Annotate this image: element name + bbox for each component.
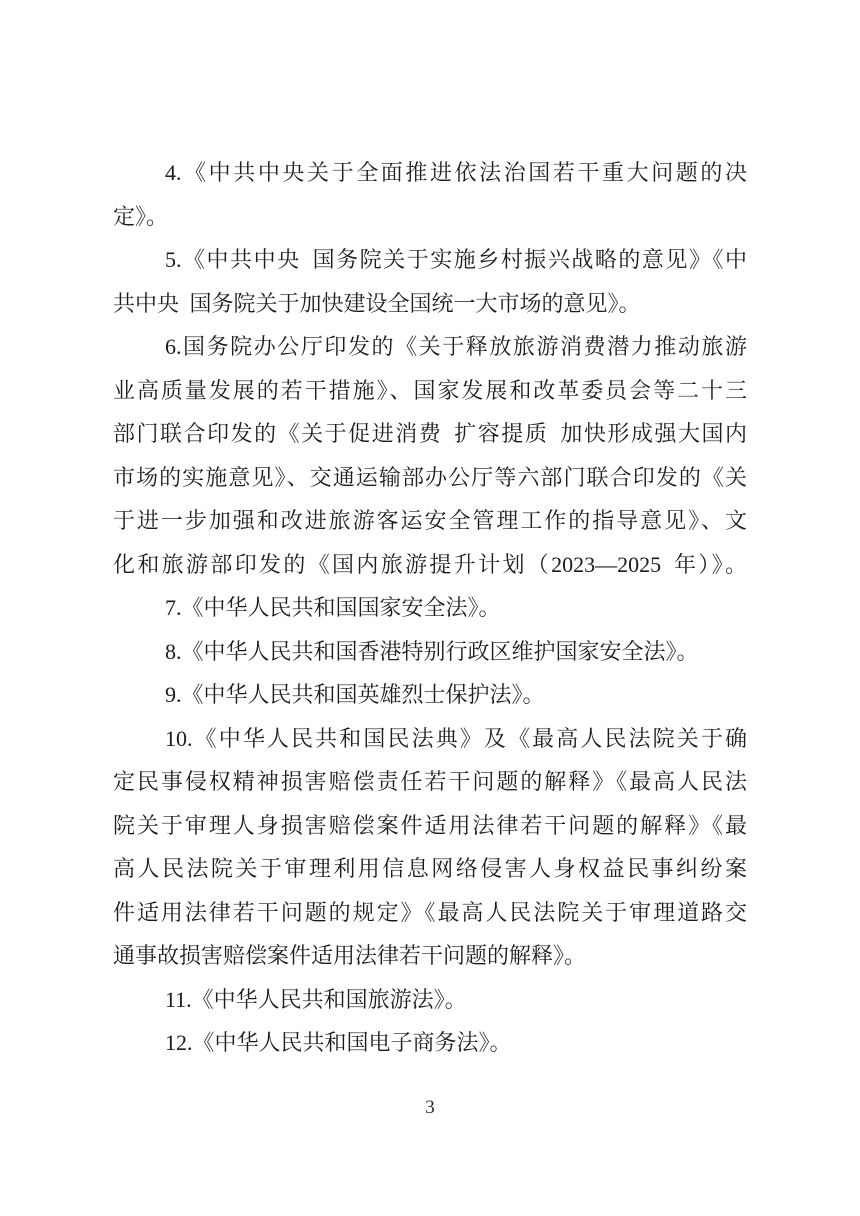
text-line: 于进一步加强和改进旅游客运安全管理工作的指导意见》、文 [113,499,747,543]
text-line: 业高质量发展的若干措施》、国家发展和改革委员会等二十三 [113,369,747,413]
text-line: 院关于审理人身损害赔偿案件适用法律若干问题的解释》《最 [113,804,747,848]
text-line: 4.《中共中央关于全面推进依法治国若干重大问题的决 [113,151,747,195]
document-body: 4.《中共中央关于全面推进依法治国若干重大问题的决定》。5.《中共中央 国务院关… [113,151,747,1065]
text-line: 通事故损害赔偿案件适用法律若干问题的解释》。 [113,934,747,978]
text-line: 12.《中华人民共和国电子商务法》。 [113,1021,747,1065]
list-item-4: 4.《中共中央关于全面推进依法治国若干重大问题的决定》。 [113,151,747,238]
list-item-9: 9.《中华人民共和国英雄烈士保护法》。 [113,673,747,717]
document-page: { "page": { "number": "3", "background_c… [0,0,860,1216]
list-item-7: 7.《中华人民共和国国家安全法》。 [113,586,747,630]
list-item-12: 12.《中华人民共和国电子商务法》。 [113,1021,747,1065]
text-line: 共中央 国务院关于加快建设全国统一大市场的意见》。 [113,282,747,326]
page-number: 3 [0,1097,860,1119]
text-line: 9.《中华人民共和国英雄烈士保护法》。 [113,673,747,717]
list-item-11: 11.《中华人民共和国旅游法》。 [113,978,747,1022]
text-line: 定》。 [113,195,747,239]
text-line: 定民事侵权精神损害赔偿责任若干问题的解释》《最高人民法 [113,760,747,804]
text-line: 化和旅游部印发的《国内旅游提升计划（2023—2025 年）》。 [113,543,747,587]
text-line: 市场的实施意见》、交通运输部办公厅等六部门联合印发的《关 [113,456,747,500]
list-item-5: 5.《中共中央 国务院关于实施乡村振兴战略的意见》《中共中央 国务院关于加快建设… [113,238,747,325]
page-canvas: 4.《中共中央关于全面推进依法治国若干重大问题的决定》。5.《中共中央 国务院关… [0,0,860,1216]
text-line: 高人民法院关于审理利用信息网络侵害人身权益民事纠纷案 [113,847,747,891]
list-item-10: 10.《中华人民共和国民法典》及《最高人民法院关于确定民事侵权精神损害赔偿责任若… [113,717,747,978]
text-line: 7.《中华人民共和国国家安全法》。 [113,586,747,630]
text-line: 5.《中共中央 国务院关于实施乡村振兴战略的意见》《中 [113,238,747,282]
list-item-8: 8.《中华人民共和国香港特别行政区维护国家安全法》。 [113,630,747,674]
list-item-6: 6.国务院办公厅印发的《关于释放旅游消费潜力推动旅游业高质量发展的若干措施》、国… [113,325,747,586]
text-line: 11.《中华人民共和国旅游法》。 [113,978,747,1022]
text-line: 件适用法律若干问题的规定》《最高人民法院关于审理道路交 [113,891,747,935]
text-line: 10.《中华人民共和国民法典》及《最高人民法院关于确 [113,717,747,761]
text-line: 部门联合印发的《关于促进消费 扩容提质 加快形成强大国内 [113,412,747,456]
text-line: 6.国务院办公厅印发的《关于释放旅游消费潜力推动旅游 [113,325,747,369]
text-line: 8.《中华人民共和国香港特别行政区维护国家安全法》。 [113,630,747,674]
